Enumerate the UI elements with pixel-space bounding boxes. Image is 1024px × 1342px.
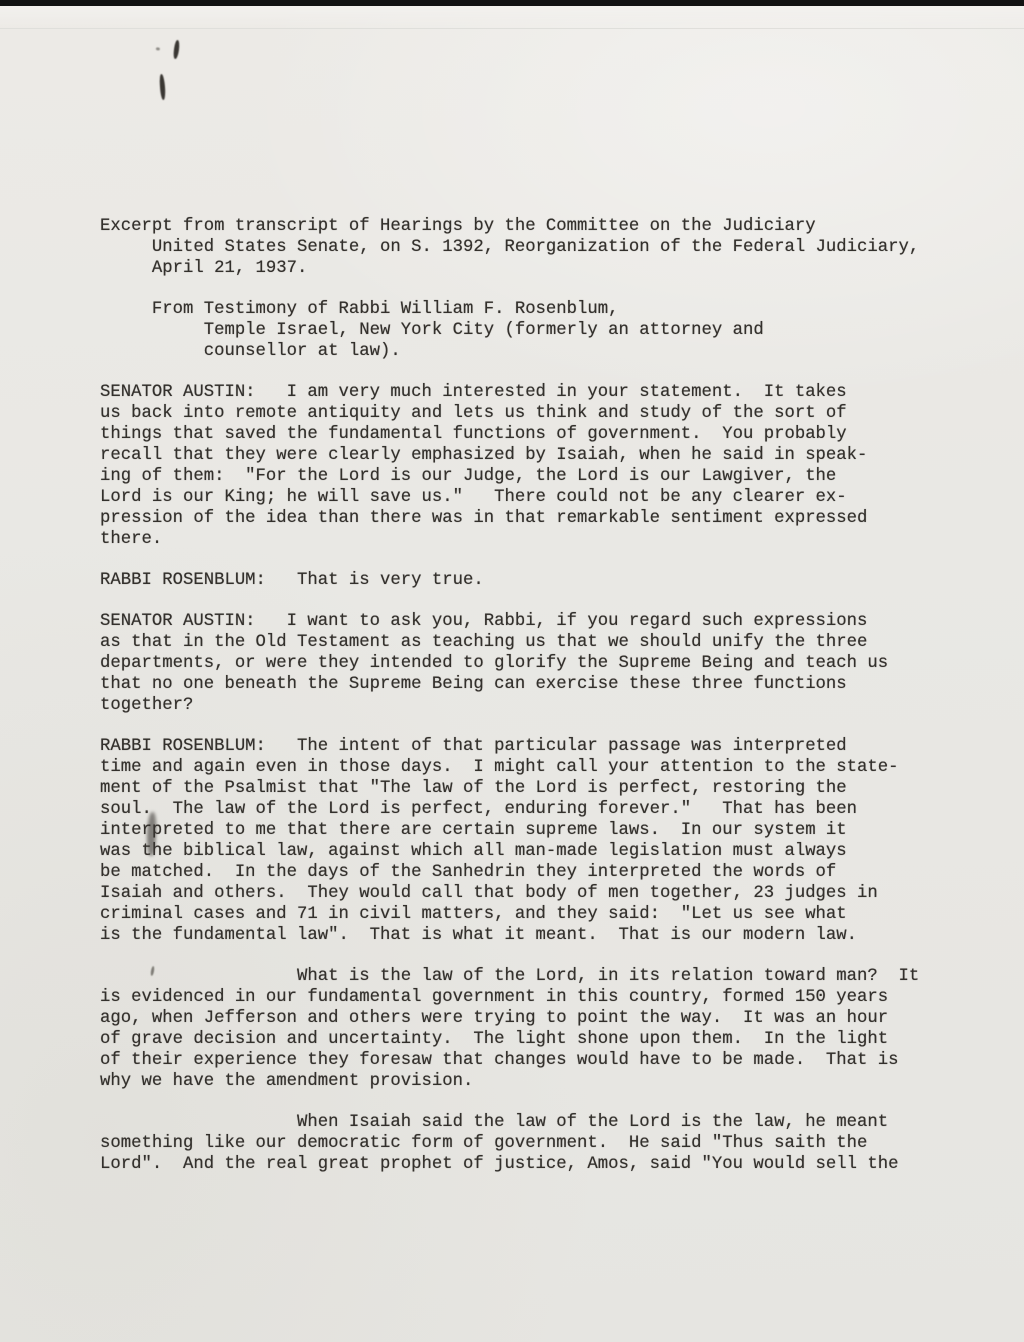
ink-mark-top-2 — [159, 74, 166, 100]
paper-top-seam — [0, 6, 1024, 29]
testimony-source: From Testimony of Rabbi William F. Rosen… — [100, 299, 960, 362]
paragraph-senator-austin-1: SENATOR AUSTIN: I am very much intereste… — [100, 382, 960, 550]
ink-mark-top-1 — [173, 40, 181, 60]
paragraph-rabbi-rosenblum-4: When Isaiah said the law of the Lord is … — [100, 1112, 960, 1175]
document-header: Excerpt from transcript of Hearings by t… — [100, 216, 960, 279]
paragraph-rabbi-rosenblum-2: RABBI ROSENBLUM: The intent of that part… — [100, 736, 960, 946]
transcript-page: Excerpt from transcript of Hearings by t… — [100, 216, 960, 1195]
paragraph-rabbi-rosenblum-3: What is the law of the Lord, in its rela… — [100, 966, 960, 1092]
paragraph-senator-austin-2: SENATOR AUSTIN: I want to ask you, Rabbi… — [100, 611, 960, 716]
paragraph-rabbi-rosenblum-1: RABBI ROSENBLUM: That is very true. — [100, 570, 960, 591]
